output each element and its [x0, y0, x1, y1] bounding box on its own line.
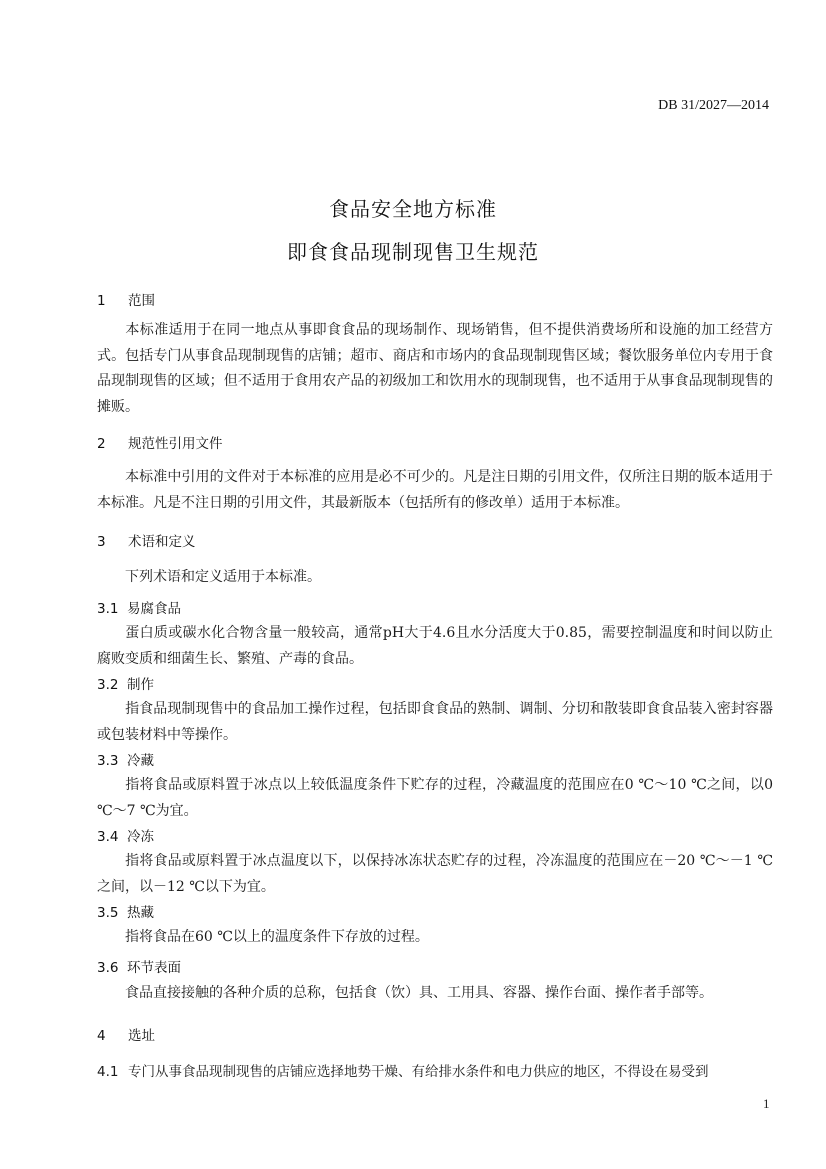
paragraph-text: 指将食品或原料置于冰点温度以下，以保持冰冻状态贮存的过程，冷冻温度的范围应在－2… [97, 853, 773, 895]
paragraph-text: 蛋白质或碳水化合物含量一般较高，通常pH大于4.6且水分活度大于0.85，需要控… [97, 625, 773, 667]
paragraph-text: 本标准适用于在同一地点从事即食食品的现场制作、现场销售，但不提供消费场所和设施的… [97, 322, 773, 415]
paragraph-text: 下列术语和定义适用于本标准。 [125, 569, 321, 585]
section-title: 环节表面 [127, 960, 181, 976]
section-number: 3.1 [97, 601, 127, 617]
section-title: 热藏 [127, 905, 154, 921]
paragraph-text: 食品直接接触的各种介质的总称，包括食（饮）具、工用具、容器、操作台面、操作者手部… [125, 985, 713, 1001]
section-body-3-1: 蛋白质或碳水化合物含量一般较高，通常pH大于4.6且水分活度大于0.85，需要控… [97, 621, 773, 672]
section-title: 范围 [128, 293, 155, 309]
section-title: 冷藏 [127, 753, 154, 769]
document-title-line1: 食品安全地方标准 [0, 193, 826, 222]
section-heading-3-4: 3.4冷冻 [97, 825, 154, 845]
section-body-3-3: 指将食品或原料置于冰点以上较低温度条件下贮存的过程，冷藏温度的范围应在0 ℃～1… [97, 773, 773, 824]
section-number: 2 [97, 436, 128, 452]
paragraph-text: 专门从事食品现制现售的店铺应选择地势干燥、有给排水条件和电力供应的地区，不得设在… [128, 1064, 709, 1080]
section-heading-3-3: 3.3冷藏 [97, 749, 154, 769]
section-heading-1: 1范围 [97, 289, 155, 309]
standard-code: DB 31/2027—2014 [658, 98, 769, 114]
section-heading-3-1: 3.1易腐食品 [97, 597, 181, 617]
section-title: 术语和定义 [128, 534, 196, 550]
section-body-3-2: 指食品现制现售中的食品加工操作过程，包括即食食品的熟制、调制、分切和散装即食食品… [97, 697, 773, 748]
section-heading-3-5: 3.5热藏 [97, 901, 154, 921]
section-title: 规范性引用文件 [128, 436, 223, 452]
section-number: 3.4 [97, 829, 127, 845]
section-heading-4: 4选址 [97, 1024, 155, 1044]
section-title: 易腐食品 [127, 601, 181, 617]
section-body-3-6: 食品直接接触的各种介质的总称，包括食（饮）具、工用具、容器、操作台面、操作者手部… [97, 981, 773, 1007]
section-body-4-1: 4.1专门从事食品现制现售的店铺应选择地势干燥、有给排水条件和电力供应的地区，不… [97, 1060, 773, 1086]
section-body-2: 本标准中引用的文件对于本标准的应用是必不可少的。凡是注日期的引用文件，仅所注日期… [97, 465, 773, 516]
paragraph-text: 指将食品在60 ℃以上的温度条件下存放的过程。 [125, 929, 429, 945]
section-number: 3.3 [97, 753, 127, 769]
section-body-3-4: 指将食品或原料置于冰点温度以下，以保持冰冻状态贮存的过程，冷冻温度的范围应在－2… [97, 849, 773, 900]
section-heading-3-6: 3.6环节表面 [97, 956, 181, 976]
section-heading-3-2: 3.2制作 [97, 673, 154, 693]
section-heading-2: 2规范性引用文件 [97, 432, 223, 452]
section-title: 选址 [128, 1028, 155, 1044]
page-number: 1 [763, 1096, 770, 1112]
paragraph-text: 本标准中引用的文件对于本标准的应用是必不可少的。凡是注日期的引用文件，仅所注日期… [97, 469, 773, 511]
section-number: 4.1 [97, 1060, 128, 1086]
section-body-3: 下列术语和定义适用于本标准。 [97, 565, 773, 591]
document-title-line2: 即食食品现制现售卫生规范 [0, 236, 826, 265]
section-number: 3.6 [97, 960, 127, 976]
section-number: 3.2 [97, 677, 127, 693]
section-heading-3: 3术语和定义 [97, 530, 196, 550]
section-body-1: 本标准适用于在同一地点从事即食食品的现场制作、现场销售，但不提供消费场所和设施的… [97, 318, 773, 420]
section-number: 3 [97, 534, 128, 550]
paragraph-text: 指食品现制现售中的食品加工操作过程，包括即食食品的熟制、调制、分切和散装即食食品… [97, 701, 773, 743]
section-title: 冷冻 [127, 829, 154, 845]
section-number: 4 [97, 1028, 128, 1044]
section-number: 3.5 [97, 905, 127, 921]
paragraph-text: 指将食品或原料置于冰点以上较低温度条件下贮存的过程，冷藏温度的范围应在0 ℃～1… [97, 777, 773, 819]
section-number: 1 [97, 293, 128, 309]
section-body-3-5: 指将食品在60 ℃以上的温度条件下存放的过程。 [97, 925, 773, 951]
document-page: DB 31/2027—2014 食品安全地方标准 即食食品现制现售卫生规范 1范… [0, 0, 826, 1169]
section-title: 制作 [127, 677, 154, 693]
